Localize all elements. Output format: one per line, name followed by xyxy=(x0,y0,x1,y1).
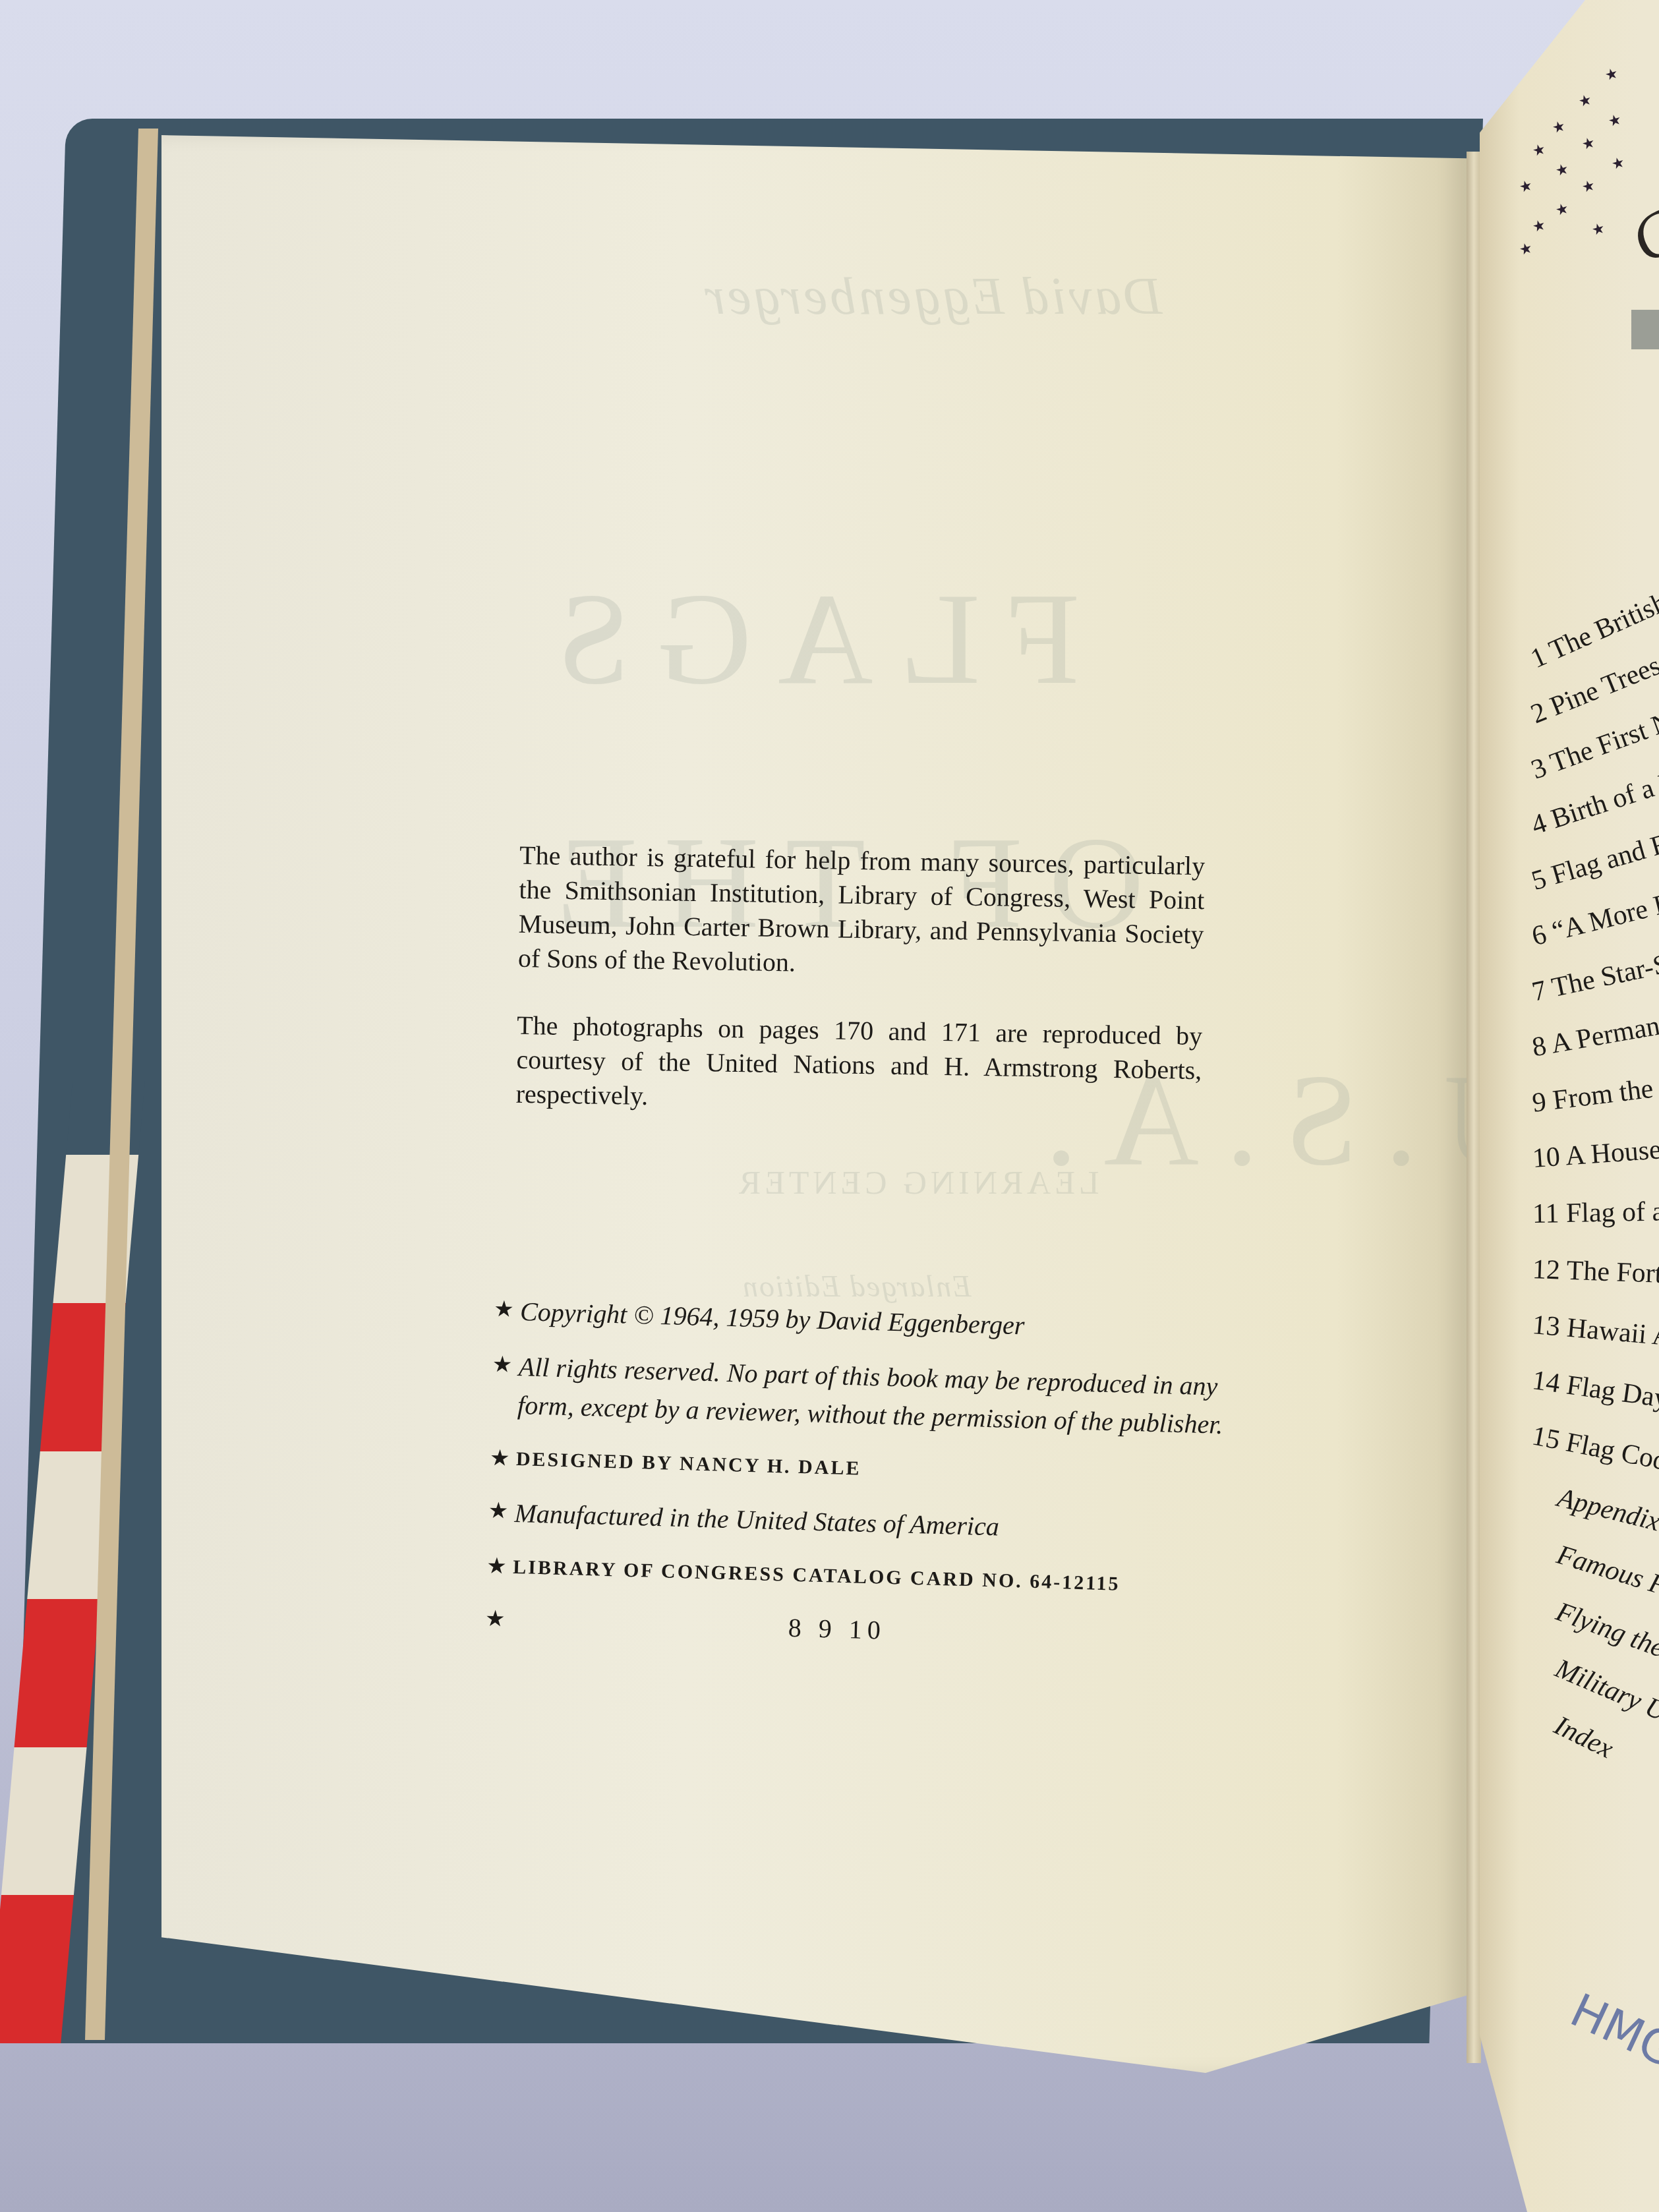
toc-item[interactable]: 11 Flag of a Wor xyxy=(1532,1182,1659,1242)
manufactured-text: Manufactured in the United States of Ame… xyxy=(514,1494,1000,1546)
designer-line: ★ DESIGNED BY NANCY H. DALE xyxy=(489,1441,1235,1498)
acknowledgement-paragraph: The author is grateful for help from man… xyxy=(517,838,1205,986)
star-icon: ★ xyxy=(493,1292,520,1328)
show-through-subtitle-1: LEARNING CENTER xyxy=(735,1163,1099,1202)
printing-line: ★ 8 9 10 xyxy=(484,1602,1230,1658)
designer-text: DESIGNED BY NANCY H. DALE xyxy=(515,1441,861,1487)
star-icon: ★ xyxy=(1554,160,1571,180)
table-of-contents: 1 The British Ur 2 Pine Trees, Ra 3 The … xyxy=(1532,633,1659,1740)
star-icon: ★ xyxy=(1610,154,1627,173)
star-icon: ★ xyxy=(1530,216,1548,236)
rights-line: ★ All rights reserved. No part of this b… xyxy=(490,1347,1237,1445)
star-icon: ★ xyxy=(1550,117,1567,137)
acknowledgement-block: The author is grateful for help from man… xyxy=(515,838,1205,1155)
photo-credit-paragraph: The photographs on pages 170 and 171 are… xyxy=(515,1008,1202,1122)
stripe-white xyxy=(1,1747,87,1896)
star-icon: ★ xyxy=(1517,239,1534,259)
catalog-text: LIBRARY OF CONGRESS CATALOG CARD NO. 64-… xyxy=(513,1550,1121,1602)
printing-numbers: 8 9 10 xyxy=(511,1602,886,1648)
star-icon: ★ xyxy=(486,1549,513,1585)
show-through-author: David Eggenberger xyxy=(702,267,1162,327)
star-icon: ★ xyxy=(489,1441,516,1477)
toc-item[interactable]: 12 The Forty-Ni xyxy=(1532,1242,1659,1306)
star-icon: ★ xyxy=(1530,140,1548,160)
heading-bar xyxy=(1631,310,1659,349)
star-icon: ★ xyxy=(488,1494,515,1530)
show-through-title-1: FLAGS xyxy=(531,564,1080,714)
star-icon: ★ xyxy=(1606,111,1623,131)
credits-block: ★ Copyright © 1964, 1959 by David Eggenb… xyxy=(484,1292,1239,1675)
rights-text: All rights reserved. No part of this boo… xyxy=(517,1348,1237,1444)
star-icon: ★ xyxy=(1590,219,1607,239)
star-icon: ★ xyxy=(1517,177,1534,196)
star-icon: ★ xyxy=(492,1347,519,1383)
stripe-blue xyxy=(66,1081,145,1155)
stripe-red xyxy=(15,1599,100,1747)
star-icon: ★ xyxy=(1603,65,1620,84)
star-icon: ★ xyxy=(484,1602,511,1638)
star-icon: ★ xyxy=(1554,200,1571,219)
show-through-subtitle-2: Enlarged Edition xyxy=(742,1269,971,1304)
catalog-line: ★ LIBRARY OF CONGRESS CATALOG CARD NO. 6… xyxy=(486,1549,1232,1606)
book-gutter xyxy=(1467,152,1481,2063)
contents-page: ★ ★ ★ ★ ★ ★ ★ ★ ★ ★ ★ ★ ★ ★ Co 1 The Bri… xyxy=(1480,0,1659,2212)
star-icon: ★ xyxy=(1577,91,1594,111)
stripe-red xyxy=(0,1895,74,2043)
manufactured-line: ★ Manufactured in the United States of A… xyxy=(488,1494,1233,1553)
star-icon: ★ xyxy=(1580,177,1597,196)
star-icon: ★ xyxy=(1580,134,1597,154)
